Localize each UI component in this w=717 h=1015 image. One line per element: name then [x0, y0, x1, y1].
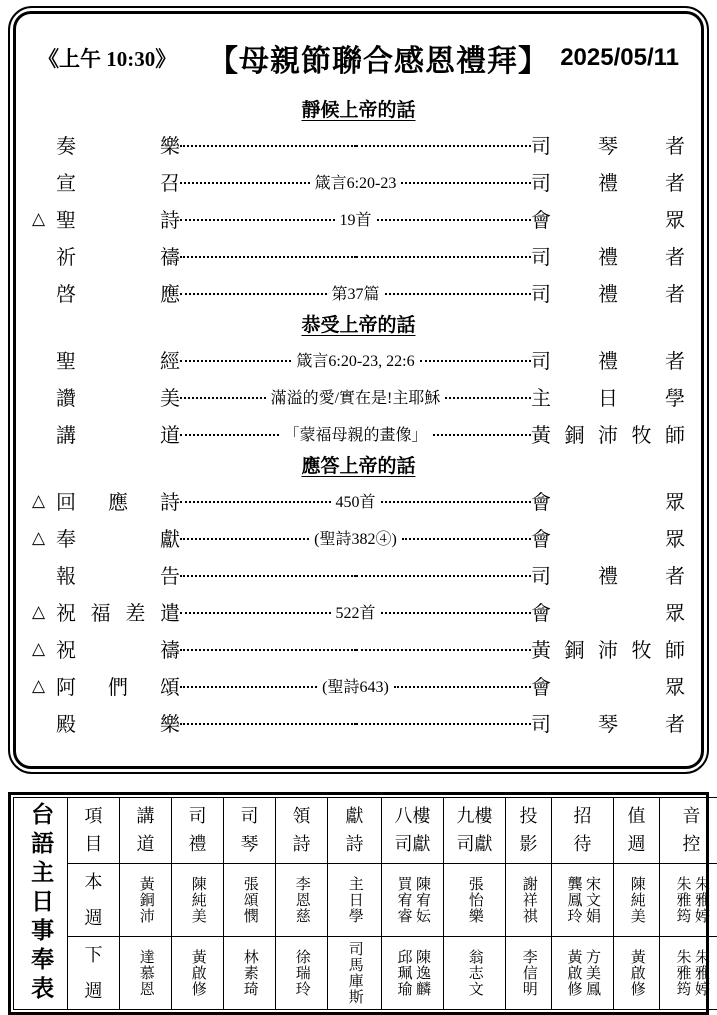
leader-dots: [356, 649, 532, 651]
leader-dots: [420, 360, 531, 362]
person-name: 朱雅筠: [674, 876, 691, 924]
program-row: △ 祝 禱 黃銅沛牧師: [32, 630, 685, 667]
row-label: 宣 召: [56, 167, 180, 196]
roster-row-this-week: 本 週 黃銅沛 陳純美 張頌憫 李恩慈 主日學 買宥睿陳宥妘 張怡樂 謝祥祺 龔…: [14, 864, 717, 937]
roster-cell: 龔鳳玲宋文娟: [552, 864, 614, 937]
leader-dots: [402, 538, 531, 540]
person-name: 買宥睿: [395, 876, 412, 924]
roster-header-song-leader: 領 詩: [276, 798, 328, 864]
duty-roster-table-wrap: 台語主日事奉表 項 目 講 道 司 禮 司 琴 領 詩 獻 詩 八樓 司獻 九樓…: [8, 792, 709, 1015]
program-row: △ 奉 獻 (聖詩382④) 會 眾: [32, 519, 685, 556]
roster-header-liturgist: 司 禮: [172, 798, 224, 864]
person-name: 司馬庫斯: [346, 941, 363, 1005]
leader-dots: [180, 575, 356, 577]
leader-dots: [180, 360, 291, 362]
program-row: 祈 禱 司 禮 者: [32, 237, 685, 274]
page-title: 【母親節聯合感恩禮拜】: [208, 36, 539, 80]
roster-cell: 張怡樂: [444, 864, 506, 937]
person-name: 陳宥妘: [414, 876, 431, 924]
week-label: 下 週: [68, 937, 120, 1010]
row-middle: 箴言6:20-23, 22:6: [291, 348, 419, 371]
row-right: 會 眾: [531, 486, 685, 515]
person-name: 朱雅筠: [674, 949, 691, 997]
row-right: 司 禮 者: [531, 167, 685, 196]
leader-dots: [180, 612, 331, 614]
program-row: △ 聖 詩 19首 會 眾: [32, 200, 685, 237]
program-row: 奏 樂 司 琴 者: [32, 126, 685, 163]
row-right: 司 琴 者: [531, 708, 685, 737]
leader-dots: [381, 501, 532, 503]
stand-triangle-marker: △: [32, 639, 56, 659]
leader-dots: [180, 256, 356, 258]
roster-header-ushers: 招 待: [552, 798, 614, 864]
section-heading: 恭受上帝的話: [32, 311, 685, 341]
person-name: 龔鳳玲: [565, 876, 582, 924]
stand-triangle-marker: △: [32, 602, 56, 622]
leader-dots: [180, 182, 310, 184]
roster-cell: 陳純美: [614, 864, 660, 937]
row-right: 司 禮 者: [531, 278, 685, 307]
roster-cell: 司馬庫斯: [328, 937, 382, 1010]
leader-dots: [180, 397, 266, 399]
row-right: 司 禮 者: [531, 241, 685, 270]
row-label: 祝福差遣: [56, 597, 180, 626]
leader-dots: [394, 686, 531, 688]
person-name: 黃啟修: [565, 949, 582, 997]
roster-header-item: 項 目: [68, 798, 120, 864]
row-label: 聖 經: [56, 345, 180, 374]
stand-triangle-marker: △: [32, 491, 56, 511]
roster-cell: 李信明: [506, 937, 552, 1010]
row-label: 奏 樂: [56, 130, 180, 159]
row-middle: 箴言6:20-23: [310, 170, 402, 193]
row-middle: 19首: [335, 207, 377, 230]
leader-dots: [377, 219, 532, 221]
leader-dots: [385, 293, 532, 295]
roster-cell: 謝祥祺: [506, 864, 552, 937]
roster-cell: 買宥睿陳宥妘: [382, 864, 444, 937]
bulletin-header: 《上午 10:30》 【母親節聯合感恩禮拜】 2025/05/11: [38, 34, 679, 82]
row-middle: 450首: [331, 489, 381, 512]
person-name: 黃啟修: [189, 949, 206, 997]
row-label: 祈 禱: [56, 241, 180, 270]
leader-dots: [180, 501, 331, 503]
leader-dots: [180, 723, 356, 725]
roster-header-pianist: 司 琴: [224, 798, 276, 864]
row-middle: (聖詩643): [317, 674, 394, 697]
person-name: 林素琦: [241, 949, 258, 997]
row-right: 黃銅沛牧師: [531, 634, 685, 663]
row-label: 奉 獻: [56, 523, 180, 552]
row-right: 司 禮 者: [531, 345, 685, 374]
roster-cell: 黃啟修: [172, 937, 224, 1010]
person-name: 黃啟修: [628, 949, 645, 997]
row-label: 殿 樂: [56, 708, 180, 737]
person-name: 方美鳳: [584, 949, 601, 997]
leader-dots: [180, 686, 317, 688]
row-middle: 第37篇: [327, 281, 385, 304]
row-label: 聖 詩: [56, 204, 180, 233]
service-time: 《上午 10:30》: [38, 43, 208, 73]
row-label: 祝 禱: [56, 634, 180, 663]
person-name: 翁志文: [466, 949, 483, 997]
leader-dots: [180, 434, 279, 436]
program-row: 殿 樂 司 琴 者: [32, 704, 685, 741]
program-row: 講 道 「蒙福母親的畫像」 黃銅沛牧師: [32, 415, 685, 452]
person-name: 宋文娟: [584, 876, 601, 924]
person-name: 達慕恩: [137, 949, 154, 997]
roster-cell: 朱雅筠朱雅婷: [660, 864, 717, 937]
leader-dots: [445, 397, 531, 399]
roster-header-duty: 值 週: [614, 798, 660, 864]
person-name: 李恩慈: [293, 876, 310, 924]
roster-row-next-week: 下 週 達慕恩 黃啟修 林素琦 徐瑞玲 司馬庫斯 邱珮瑜陳逸麟 翁志文 李信明 …: [14, 937, 717, 1010]
roster-cell: 黃啟修方美鳳: [552, 937, 614, 1010]
person-name: 朱雅婷: [693, 949, 710, 997]
stand-triangle-marker: △: [32, 209, 56, 229]
leader-dots: [381, 612, 532, 614]
person-name: 張怡樂: [466, 876, 483, 924]
program-row: 報 告 司 禮 者: [32, 556, 685, 593]
person-name: 謝祥祺: [520, 876, 537, 924]
roster-cell: 徐瑞玲: [276, 937, 328, 1010]
row-right: 會 眾: [531, 671, 685, 700]
roster-header-choir: 獻 詩: [328, 798, 382, 864]
roster-header-offering-8f: 八樓 司獻: [382, 798, 444, 864]
roster-header-projection: 投 影: [506, 798, 552, 864]
leader-dots: [180, 145, 356, 147]
person-name: 李信明: [520, 949, 537, 997]
program-row: 宣 召 箴言6:20-23 司 禮 者: [32, 163, 685, 200]
row-right: 黃銅沛牧師: [531, 419, 685, 448]
row-middle: 滿溢的愛/實在是!主耶穌: [266, 385, 446, 408]
roster-cell: 李恩慈: [276, 864, 328, 937]
stand-triangle-marker: △: [32, 676, 56, 696]
person-name: 主日學: [346, 876, 363, 924]
roster-header-sound: 音 控: [660, 798, 717, 864]
row-right: 會 眾: [531, 204, 685, 233]
roster-cell: 張頌憫: [224, 864, 276, 937]
program-row: △ 祝福差遣 522首 會 眾: [32, 593, 685, 630]
row-middle: 「蒙福母親的畫像」: [279, 422, 433, 445]
leader-dots: [356, 145, 532, 147]
person-name: 黃銅沛: [137, 876, 154, 924]
roster-cell: 黃啟修: [614, 937, 660, 1010]
worship-order-box: 《上午 10:30》 【母親節聯合感恩禮拜】 2025/05/11 靜候上帝的話…: [8, 6, 709, 774]
leader-dots: [180, 293, 327, 295]
roster-cell: 邱珮瑜陳逸麟: [382, 937, 444, 1010]
roster-side-label-cell: 台語主日事奉表: [14, 798, 68, 1010]
row-right: 司 琴 者: [531, 130, 685, 159]
leader-dots: [180, 219, 335, 221]
row-label: 阿 們 頌: [56, 671, 180, 700]
leader-dots: [433, 434, 532, 436]
person-name: 陳純美: [189, 876, 206, 924]
roster-side-label: 台語主日事奉表: [28, 802, 53, 1005]
roster-cell: 主日學: [328, 864, 382, 937]
section-heading: 應答上帝的話: [32, 452, 685, 482]
row-middle: 522首: [331, 600, 381, 623]
roster-header-offering-9f: 九樓 司獻: [444, 798, 506, 864]
row-middle: (聖詩382④): [309, 526, 402, 549]
person-name: 陳逸麟: [414, 949, 431, 997]
person-name: 邱珮瑜: [395, 949, 412, 997]
stand-triangle-marker: △: [32, 528, 56, 548]
service-date: 2025/05/11: [539, 44, 679, 72]
leader-dots: [356, 575, 532, 577]
leader-dots: [356, 723, 532, 725]
roster-cell: 林素琦: [224, 937, 276, 1010]
row-label: 讚 美: [56, 382, 180, 411]
leader-dots: [180, 649, 356, 651]
person-name: 陳純美: [628, 876, 645, 924]
row-label: 回 應 詩: [56, 486, 180, 515]
row-right: 會 眾: [531, 523, 685, 552]
roster-cell: 朱雅筠朱雅婷: [660, 937, 717, 1010]
section-heading: 靜候上帝的話: [32, 96, 685, 126]
program-row: △ 回 應 詩 450首 會 眾: [32, 482, 685, 519]
leader-dots: [401, 182, 531, 184]
row-right: 司 禮 者: [531, 560, 685, 589]
duty-roster-table: 台語主日事奉表 項 目 講 道 司 禮 司 琴 領 詩 獻 詩 八樓 司獻 九樓…: [13, 797, 717, 1010]
row-label: 啓 應: [56, 278, 180, 307]
leader-dots: [356, 256, 532, 258]
program-row: 讚 美 滿溢的愛/實在是!主耶穌 主 日 學: [32, 378, 685, 415]
program-row: △ 阿 們 頌 (聖詩643) 會 眾: [32, 667, 685, 704]
roster-header-preaching: 講 道: [120, 798, 172, 864]
person-name: 徐瑞玲: [293, 949, 310, 997]
roster-cell: 黃銅沛: [120, 864, 172, 937]
row-right: 會 眾: [531, 597, 685, 626]
row-label: 講 道: [56, 419, 180, 448]
roster-cell: 翁志文: [444, 937, 506, 1010]
person-name: 朱雅婷: [693, 876, 710, 924]
week-label: 本 週: [68, 864, 120, 937]
worship-order-box-inner: 《上午 10:30》 【母親節聯合感恩禮拜】 2025/05/11 靜候上帝的話…: [13, 11, 704, 769]
roster-cell: 陳純美: [172, 864, 224, 937]
leader-dots: [180, 538, 309, 540]
person-name: 張頌憫: [241, 876, 258, 924]
roster-cell: 達慕恩: [120, 937, 172, 1010]
program-row: 啓 應 第37篇 司 禮 者: [32, 274, 685, 311]
row-right: 主 日 學: [531, 382, 685, 411]
row-label: 報 告: [56, 560, 180, 589]
program-row: 聖 經 箴言6:20-23, 22:6 司 禮 者: [32, 341, 685, 378]
